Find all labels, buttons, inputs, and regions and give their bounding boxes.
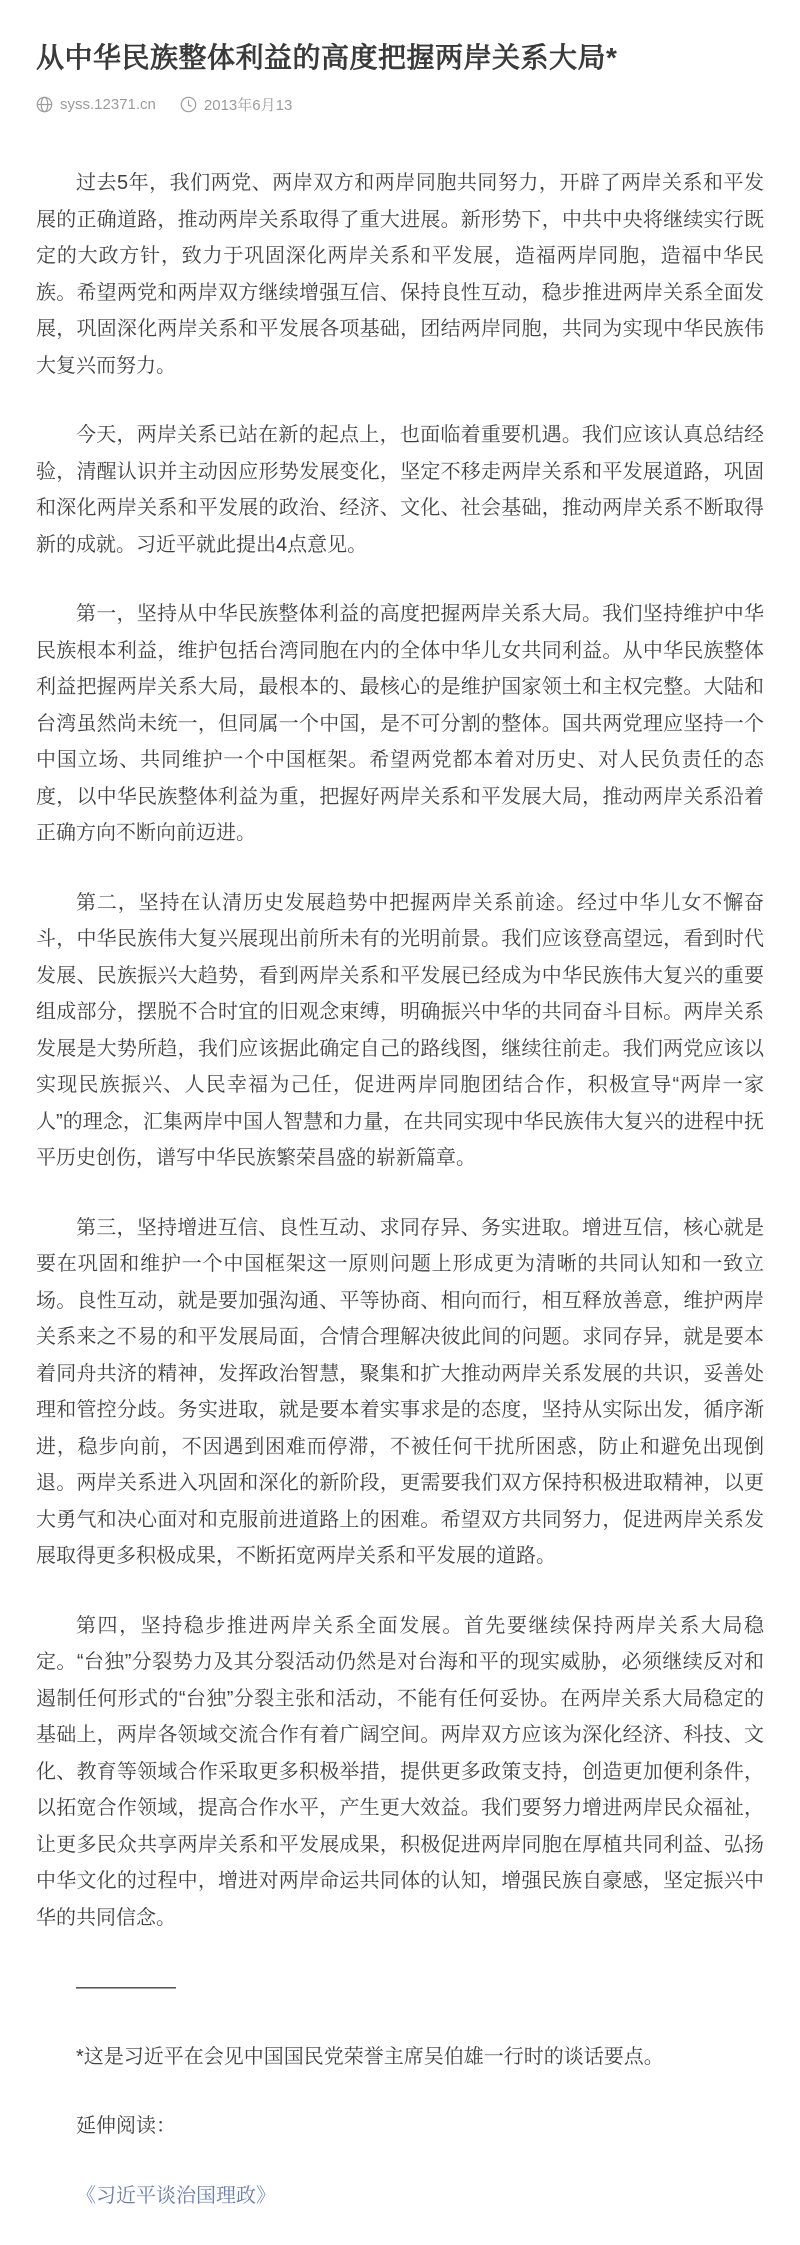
footnote-divider: ————— [36,1969,764,2006]
article-paragraph: 过去5年，我们两党、两岸双方和两岸同胞共同努力，开辟了两岸关系和平发展的正确道路… [36,165,764,384]
article-page: 从中华民族整体利益的高度把握两岸关系大局* syss.12371.cn 2013… [0,0,800,2245]
article-paragraph: 第二，坚持在认清历史发展趋势中把握两岸关系前途。经过中华儿女不懈奋斗，中华民族伟… [36,885,764,1177]
source-text: syss.12371.cn [60,96,156,113]
article-meta: syss.12371.cn 2013年6月13 [36,94,764,115]
article-body: 过去5年，我们两党、两岸双方和两岸同胞共同努力，开辟了两岸关系和平发展的正确道路… [36,165,764,2214]
footnote: *这是习近平在会见中国国民党荣誉主席吴伯雄一行时的谈话要点。 [36,2039,764,2076]
related-reading-link[interactable]: 《习近平谈治国理政》 [76,2185,276,2207]
globe-icon [36,96,53,113]
related-reading-item: 《习近平谈治国理政》 [36,2178,764,2215]
article-paragraph: 第三，坚持增进互信、良性互动、求同存异、务实进取。增进互信，核心就是要在巩固和维… [36,1210,764,1575]
article-paragraph: 第一，坚持从中华民族整体利益的高度把握两岸关系大局。我们坚持维护中华民族根本利益… [36,596,764,852]
article-paragraph: 今天，两岸关系已站在新的起点上，也面临着重要机遇。我们应该认真总结经验，清醒认识… [36,417,764,563]
meta-source-group: syss.12371.cn [36,96,156,113]
clock-icon [180,96,197,113]
related-reading-label: 延伸阅读： [36,2108,764,2145]
date-text: 2013年6月13 [204,94,292,115]
article-paragraph: 第四，坚持稳步推进两岸关系全面发展。首先要继续保持两岸关系大局稳定。“台独”分裂… [36,1608,764,1937]
meta-date-group: 2013年6月13 [180,94,292,115]
page-title: 从中华民族整体利益的高度把握两岸关系大局* [36,38,764,78]
